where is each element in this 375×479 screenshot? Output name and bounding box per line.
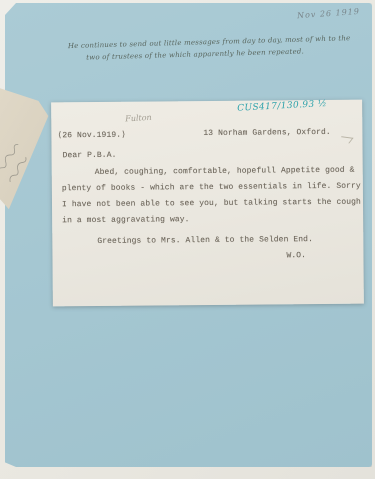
typed-letter-card: CUS417/130.93 ½ Fulton ⟨26 Nov.1919.⟩ 13… <box>51 100 364 307</box>
pencil-name-annotation: Fulton <box>125 113 152 124</box>
letter-date: ⟨26 Nov.1919.⟩ <box>57 130 126 141</box>
letter-signature: W.O. <box>286 251 306 260</box>
archive-reference-number: CUS417/130.93 ½ <box>237 99 327 114</box>
letter-salutation: Dear P.B.A. <box>63 151 117 160</box>
letter-body-line-1: Abed, coughing, comfortable, hopefull Ap… <box>95 166 355 177</box>
letter-body-line-2: plenty of books - which are the two esse… <box>62 182 361 194</box>
scan-background: Nov 26 1919 He continues to send out lit… <box>0 0 375 479</box>
letter-body-line-3: I have not been able to see you, but tal… <box>62 198 361 210</box>
letter-closing: Greetings to Mrs. Allen & to the Selden … <box>97 235 313 246</box>
letter-body-line-4: in a most aggravating way. <box>62 215 189 225</box>
pencil-tick-mark <box>337 136 353 143</box>
letter-address: 13 Norham Gardens, Oxford. <box>203 128 330 138</box>
